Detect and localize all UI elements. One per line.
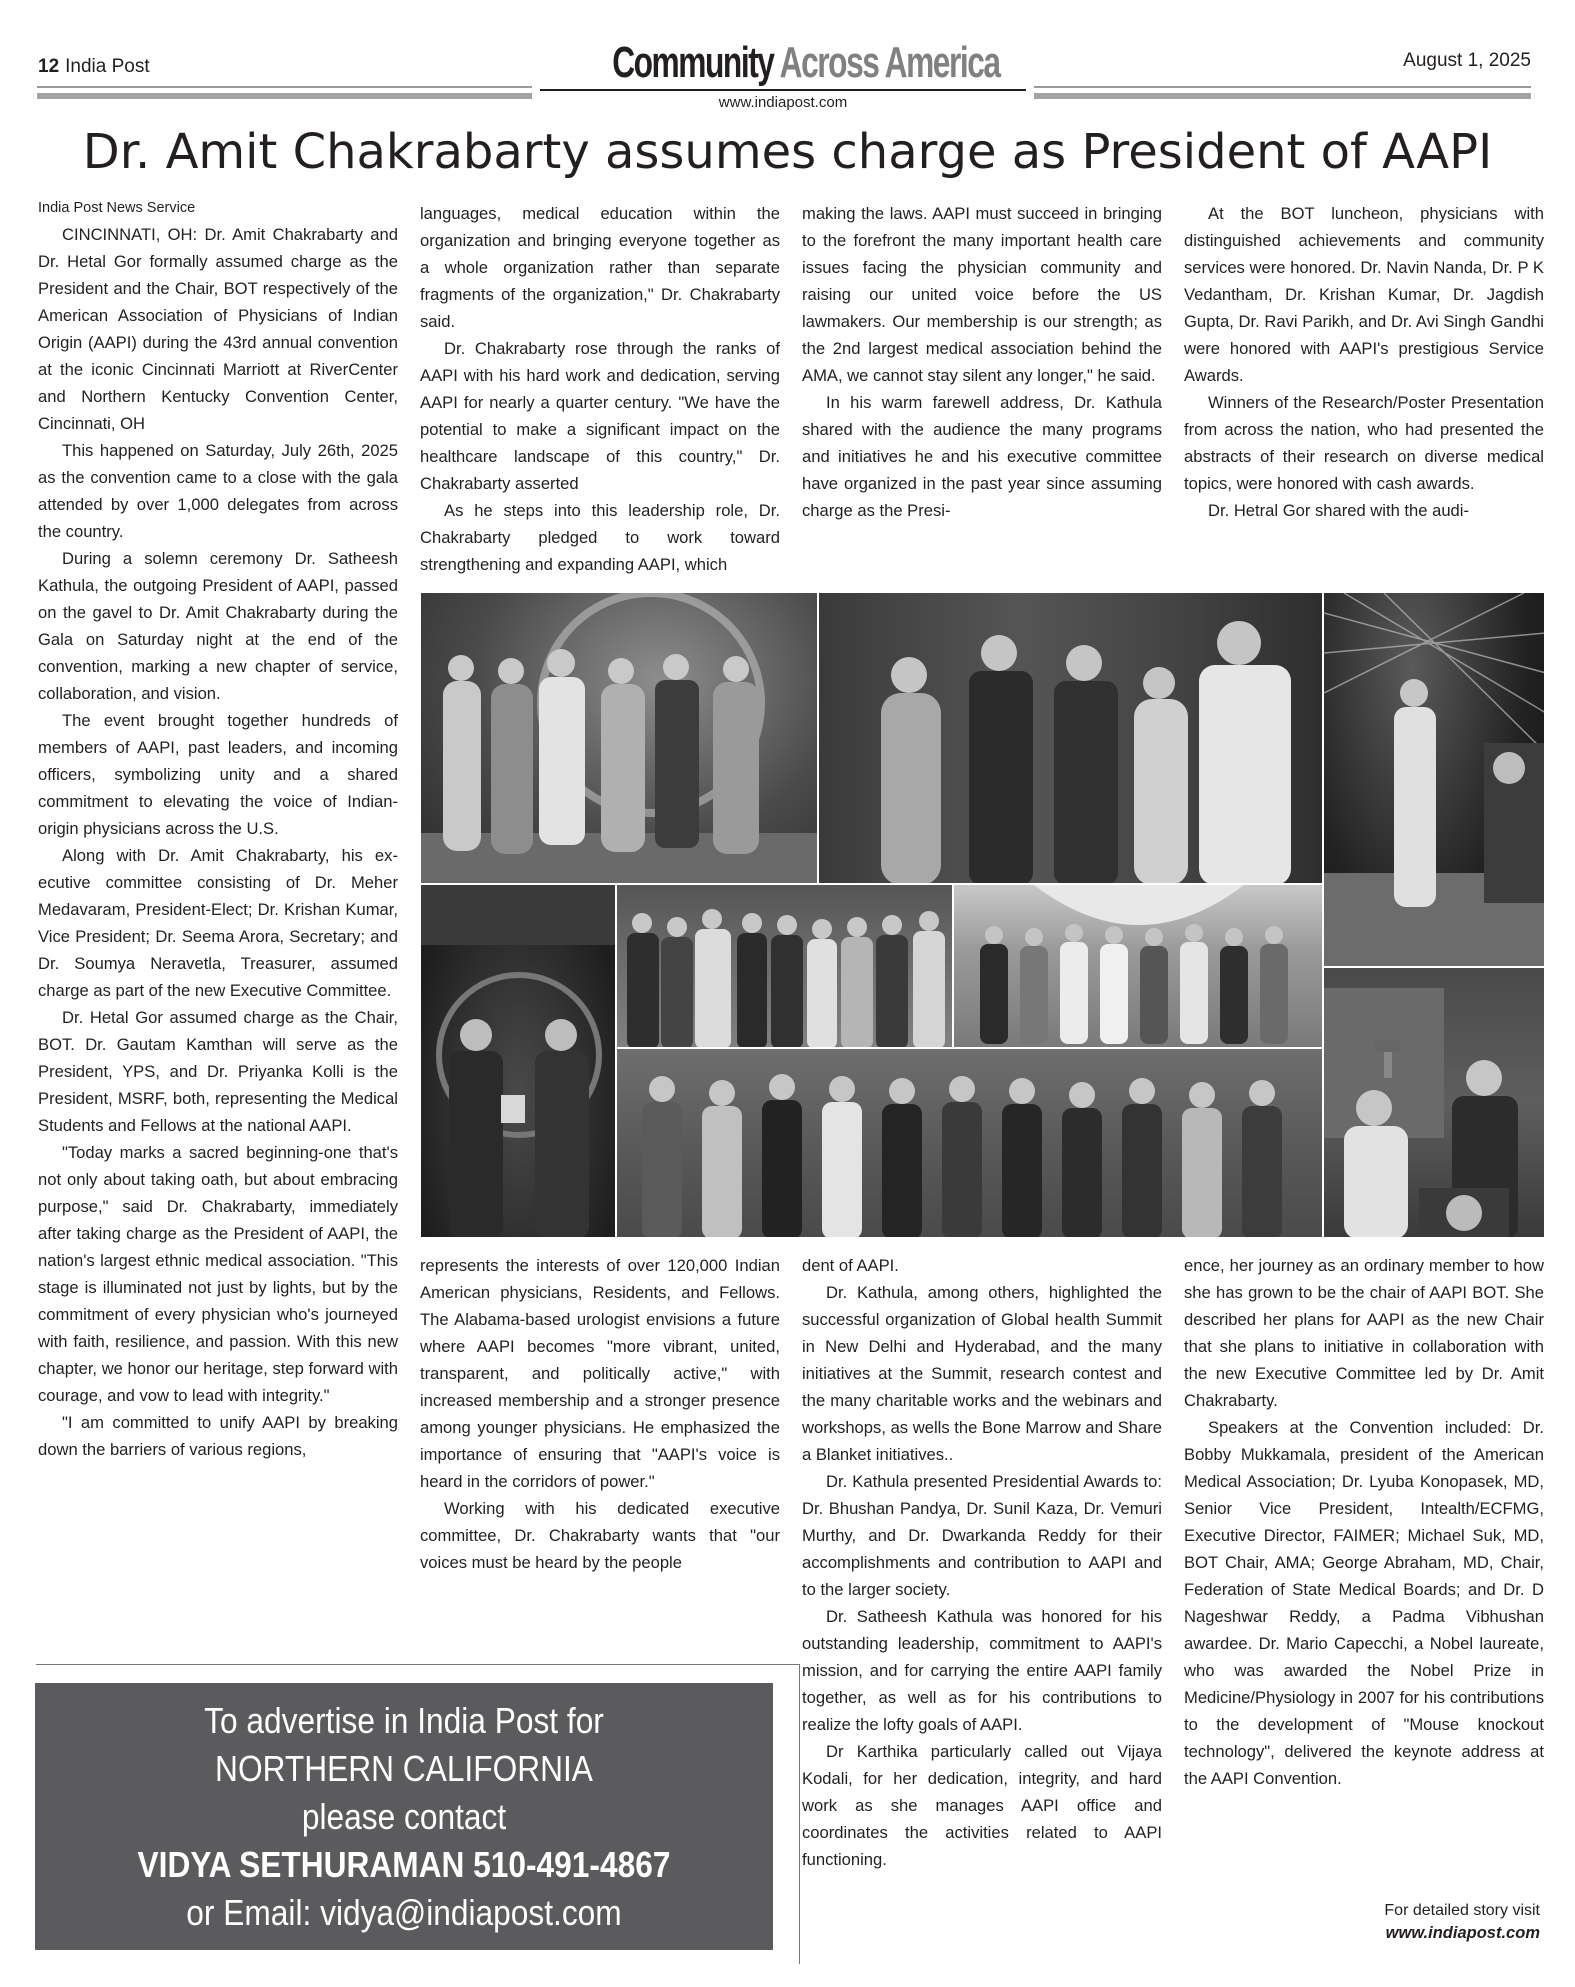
photo-illustration: [617, 885, 953, 1048]
masthead: 12India Post Community Across America Au…: [0, 0, 1575, 120]
paragraph: Working with his dedicated executive com…: [420, 1495, 780, 1576]
section-title-part2: Across America: [780, 38, 1000, 87]
paragraph: Dr. Kathula, among others, highlighted t…: [802, 1279, 1162, 1468]
photo-award-handshake: [420, 884, 616, 1238]
paragraph: As he steps into this leadership role, D…: [420, 497, 780, 578]
photo-collage: [420, 592, 1545, 1238]
paragraph: This happened on Saturday, July 26th, 20…: [38, 437, 398, 545]
publication-name: India Post: [65, 56, 150, 77]
article-headline: Dr. Amit Chakrabarty assumes charge as P…: [0, 122, 1575, 182]
paragraph: During a solemn ceremony Dr. Satheesh Ka…: [38, 545, 398, 707]
photo-illustration: [819, 593, 1323, 884]
paragraph: The event brought together hundreds of m…: [38, 707, 398, 842]
article-column-2-bottom: represents the interests of over 120,000…: [420, 1252, 780, 1632]
paragraph: Dr. Chakrabarty rose through the ranks o…: [420, 335, 780, 497]
ad-line-3: please contact: [79, 1793, 728, 1841]
article-column-4-top: At the BOT luncheon, physicians with dis…: [1184, 200, 1544, 572]
continuation-note: For detailed story visit www.indiapost.c…: [1384, 1900, 1540, 1944]
paragraph: languages, medical education within the …: [420, 200, 780, 335]
ad-divider: [36, 1664, 800, 1665]
page-folio: 12India Post: [38, 56, 150, 78]
paragraph: Dr. Hetral Gor shared with the audi-: [1184, 497, 1544, 524]
website-link[interactable]: www.indiapost.com: [540, 94, 1026, 111]
ad-content: To advertise in India Post for NORTHERN …: [35, 1697, 773, 1937]
section-title: Community Across America: [612, 38, 958, 88]
masthead-rule: [37, 93, 532, 99]
paragraph: dent of AAPI.: [802, 1252, 1162, 1279]
byline: India Post News Service: [38, 197, 398, 219]
section-title-part1: Community: [612, 38, 773, 87]
article-column-2-top: languages, medical education within the …: [420, 200, 780, 572]
paragraph: CINCINNATI, OH: Dr. Amit Chakrabarty and…: [38, 221, 398, 437]
photo-illustration: [617, 1049, 1323, 1238]
paragraph: Dr. Kathula presented Presidential Award…: [802, 1468, 1162, 1603]
photo-illustration: [421, 593, 818, 884]
photo-group-draped-backdrop: [953, 884, 1323, 1048]
continuation-label: For detailed story visit: [1384, 1900, 1540, 1922]
masthead-rule: [1034, 93, 1531, 99]
photo-group-on-stage: [420, 592, 818, 884]
ad-contact-phone[interactable]: VIDYA SETHURAMAN 510-491-4867: [79, 1841, 728, 1889]
masthead-rule: [37, 86, 532, 88]
paragraph: Dr Karthika particularly called out Vija…: [802, 1738, 1162, 1873]
page-number: 12: [38, 56, 59, 77]
paragraph: "I am committed to unify AAPI by break­i…: [38, 1409, 398, 1463]
photo-illustration: [1324, 593, 1545, 967]
paragraph: making the laws. AAPI must succeed in br…: [802, 200, 1162, 389]
paragraph: Dr. Satheesh Kathula was honored for his…: [802, 1603, 1162, 1738]
paragraph: Speakers at the Convention included: Dr.…: [1184, 1414, 1544, 1792]
ad-contact-email[interactable]: or Email: vidya@indiapost.com: [79, 1889, 728, 1937]
paragraph: At the BOT luncheon, physicians with dis…: [1184, 200, 1544, 389]
article-column-1: India Post News Service CINCINNATI, OH: …: [38, 197, 398, 1637]
continuation-link[interactable]: www.indiapost.com: [1384, 1922, 1540, 1944]
paragraph: "Today marks a sacred beginning-one that…: [38, 1139, 398, 1409]
paragraph: Along with Dr. Amit Chakrabarty, his ex­…: [38, 842, 398, 1004]
article-column-4-bottom: ence, her journey as an ordinary member …: [1184, 1252, 1544, 1872]
photo-gavel-handover: [1323, 967, 1545, 1238]
masthead-rule: [540, 89, 1026, 91]
paragraph: Winners of the Research/Poster Pre­senta…: [1184, 389, 1544, 497]
photo-awardees-on-stage: [616, 1048, 1323, 1238]
paragraph: Dr. Hetal Gor assumed charge as the Chai…: [38, 1004, 398, 1139]
photo-illustration: [954, 885, 1323, 1048]
advertisement-box: To advertise in India Post for NORTHERN …: [35, 1683, 773, 1950]
paragraph: ence, her journey as an ordinary member …: [1184, 1252, 1544, 1414]
article-column-3-bottom: dent of AAPI. Dr. Kathula, among others,…: [802, 1252, 1162, 1972]
ad-line-1: To advertise in India Post for: [79, 1697, 728, 1745]
paragraph: represents the interests of over 120,000…: [420, 1252, 780, 1495]
masthead-rule: [1034, 86, 1531, 88]
paragraph: In his warm farewell address, Dr. Kathul…: [802, 389, 1162, 524]
ad-divider-vertical: [799, 1664, 800, 1964]
article-column-3-top: making the laws. AAPI must succeed in br…: [802, 200, 1162, 572]
photo-speaker-at-podium: [1323, 592, 1545, 967]
photo-illustration: [1324, 968, 1545, 1238]
ad-line-2: NORTHERN CALIFORNIA: [79, 1745, 728, 1793]
photo-illustration: [421, 885, 616, 1238]
photo-speaker-with-group: [818, 592, 1323, 884]
photo-family-group: [616, 884, 953, 1048]
issue-date: August 1, 2025: [1403, 50, 1531, 72]
